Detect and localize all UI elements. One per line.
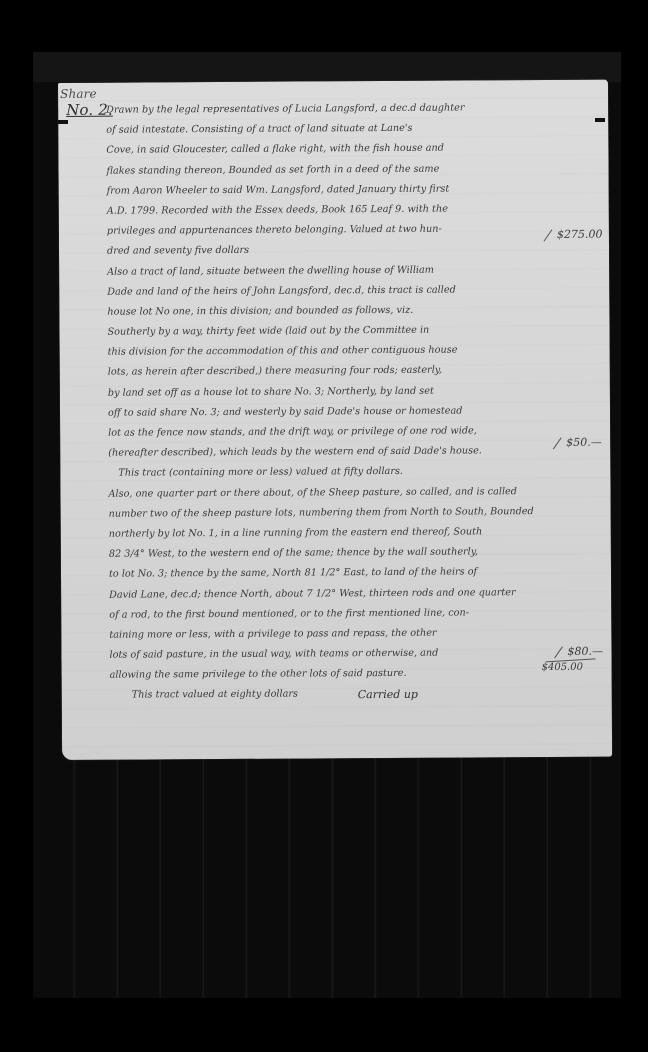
paper-edge-tear (595, 118, 605, 122)
text-line: lots of said pasture, in the usual way, … (109, 643, 579, 666)
amount-total: $405.00 (542, 662, 583, 673)
text-line: taining more or less, with a privilege t… (109, 623, 579, 646)
text-line: dred and seventy five dollars (107, 239, 577, 262)
text-line: of said intestate. Consisting of a tract… (106, 118, 576, 141)
dollar-slash-icon (544, 229, 553, 241)
share-label: Share (60, 87, 97, 101)
text-line: this division for the accommodation of t… (108, 340, 578, 363)
text-line: from Aaron Wheeler to said Wm. Langsford… (107, 179, 577, 202)
amount-prefix: $ (557, 228, 564, 241)
dollar-slash-icon (554, 646, 563, 658)
amount-prefix: $ (566, 436, 573, 449)
text-line: This tract valued at eighty dollars (110, 683, 580, 706)
carried-up-note: Carried up (358, 688, 418, 701)
amount-value: 50.— (573, 436, 602, 449)
amount-entry: $275.00 (541, 228, 603, 241)
text-line: allowing the same privilege to the other… (110, 663, 580, 686)
text-line: house lot No one, in this division; and … (107, 300, 577, 323)
text-line: 82 3/4° West, to the western end of the … (109, 542, 579, 565)
manuscript-body: Drawn by the legal representatives of Lu… (106, 98, 580, 706)
text-line: northerly by lot No. 1, in a line runnin… (109, 522, 579, 545)
text-line: David Lane, dec.d; thence North, about 7… (109, 582, 579, 605)
text-line: This tract (containing more or less) val… (108, 461, 578, 484)
amount-entry: $80.— (551, 645, 603, 658)
text-line: Southerly by a way, thirty feet wide (la… (107, 320, 577, 343)
manuscript-page: Share No. 2. Drawn by the legal represen… (58, 80, 612, 760)
text-line: Also a tract of land, situate between th… (107, 259, 577, 282)
amount-entry: $50.— (550, 436, 602, 449)
text-line: Drawn by the legal representatives of Lu… (106, 98, 576, 121)
amount-value: 80.— (574, 645, 603, 658)
amount-prefix: $ (567, 645, 574, 658)
microfilm-top-band (33, 52, 621, 82)
text-line: Dade and land of the heirs of John Langs… (107, 280, 577, 303)
dollar-slash-icon (553, 437, 562, 449)
text-line: number two of the sheep pasture lots, nu… (109, 502, 579, 525)
paper-edge-tear (58, 120, 68, 124)
text-line: flakes standing thereon, Bounded as set … (106, 158, 576, 181)
text-line: by land set off as a house lot to share … (108, 380, 578, 403)
text-line: to lot No. 3; thence by the same, North … (109, 562, 579, 585)
text-line: of a rod, to the first bound mentioned, … (109, 603, 579, 626)
text-line: Cove, in said Gloucester, called a flake… (106, 138, 576, 161)
text-line: off to said share No. 3; and westerly by… (108, 401, 578, 424)
text-line: lot as the fence now stands, and the dri… (108, 421, 578, 444)
amount-value: 275.00 (564, 228, 603, 241)
text-line: Also, one quarter part or there about, o… (108, 481, 578, 504)
amount-value: 405.00 (548, 662, 583, 673)
text-line: privileges and appurtenances thereto bel… (107, 219, 577, 242)
text-line: (hereafter described), which leads by th… (108, 441, 578, 464)
text-line: A.D. 1799. Recorded with the Essex deeds… (107, 199, 577, 222)
text-line: lots, as herein after described,) there … (108, 360, 578, 383)
